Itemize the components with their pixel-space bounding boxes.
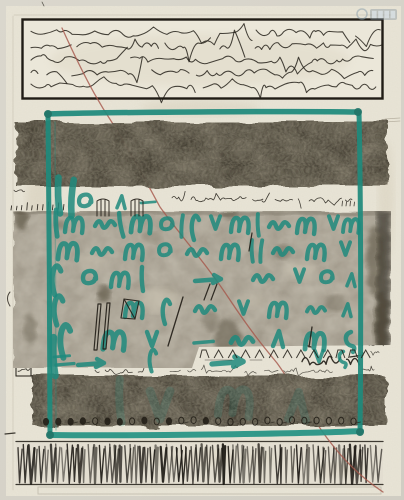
artwork-canvas xyxy=(0,0,404,500)
artwork-photo xyxy=(0,0,404,500)
